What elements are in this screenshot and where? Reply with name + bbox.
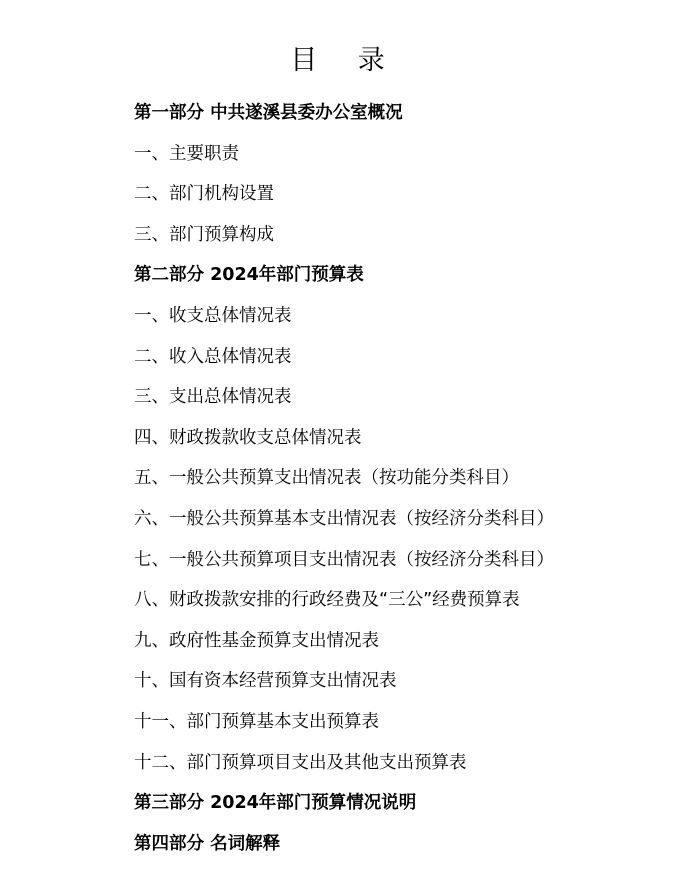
toc-item: 一、收支总体情况表	[134, 301, 554, 342]
toc-item: 九、政府性基金预算支出情况表	[134, 626, 554, 667]
toc-item: 八、财政拨款安排的行政经费及“三公”经费预算表	[134, 585, 554, 626]
table-of-contents: 第一部分 中共遂溪县委办公室概况 一、主要职责 二、部门机构设置 三、部门预算构…	[134, 98, 554, 869]
toc-item: 十一、部门预算基本支出预算表	[134, 707, 554, 748]
toc-item: 二、部门机构设置	[134, 179, 554, 220]
toc-item: 七、一般公共预算项目支出情况表（按经济分类科目）	[134, 545, 554, 586]
toc-item: 二、收入总体情况表	[134, 342, 554, 383]
toc-part-1: 第一部分 中共遂溪县委办公室概况	[134, 98, 554, 139]
toc-item: 六、一般公共预算基本支出情况表（按经济分类科目）	[134, 504, 554, 545]
toc-item: 十、国有资本经营预算支出情况表	[134, 666, 554, 707]
toc-item: 一、主要职责	[134, 139, 554, 180]
toc-part-4: 第四部分 名词解释	[134, 829, 554, 870]
toc-item: 十二、部门预算项目支出及其他支出预算表	[134, 748, 554, 789]
toc-part-2: 第二部分 2024年部门预算表	[134, 260, 554, 301]
toc-item: 三、部门预算构成	[134, 220, 554, 261]
toc-part-3: 第三部分 2024年部门预算情况说明	[134, 788, 554, 829]
toc-item: 五、一般公共预算支出情况表（按功能分类科目）	[134, 463, 554, 504]
toc-item: 三、支出总体情况表	[134, 382, 554, 423]
page-title: 目 录	[0, 44, 675, 78]
toc-item: 四、财政拨款收支总体情况表	[134, 423, 554, 464]
